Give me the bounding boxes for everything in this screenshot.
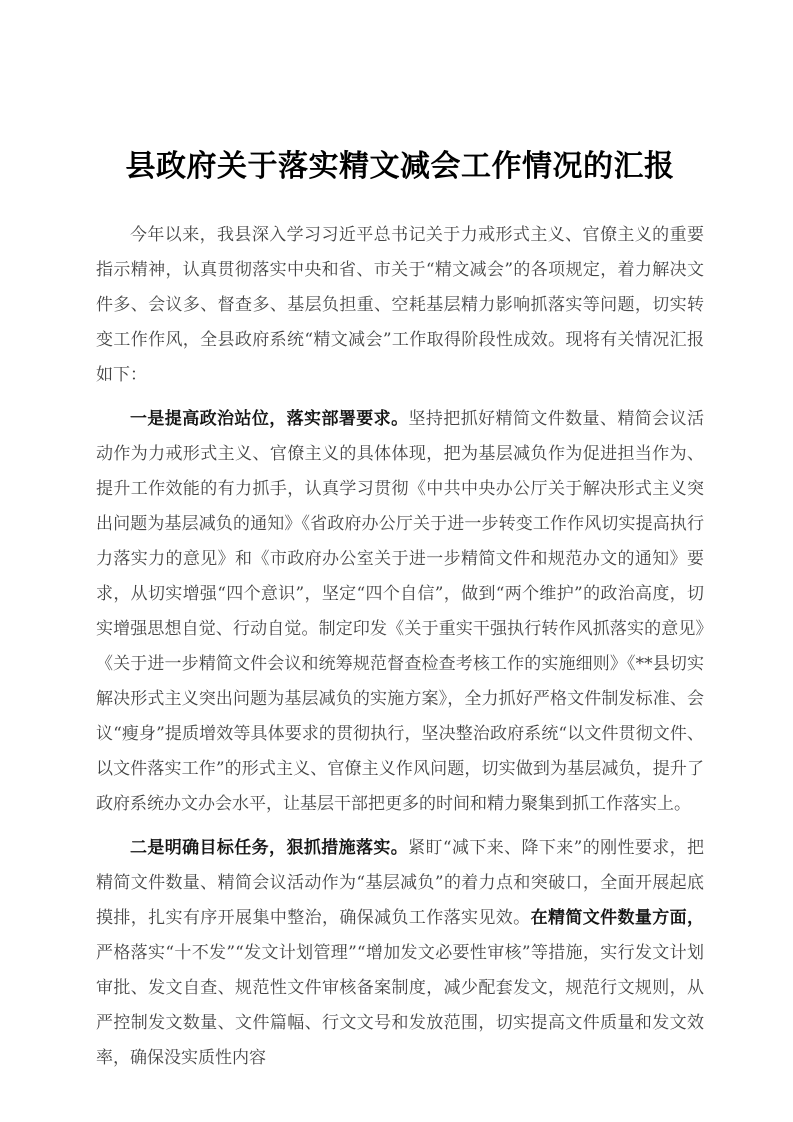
- document-body: 今年以来，我县深入学习习近平总书记关于力戒形式主义、官僚主义的重要指示精神，认真…: [96, 218, 704, 1076]
- paragraph: 一是提高政治站位，落实部署要求。坚持把抓好精简文件数量、精简会议活动作为力戒形式…: [96, 402, 704, 822]
- bold-run: 二是明确目标任务，狠抓措施落实。: [130, 838, 408, 858]
- text-run: 严格落实“十不发”“发文计划管理”“增加发文必要性审核”等措施，实行发文计划审批…: [96, 943, 704, 1068]
- paragraph: 今年以来，我县深入学习习近平总书记关于力戒形式主义、官僚主义的重要指示精神，认真…: [96, 218, 704, 393]
- bold-run: 一是提高政治站位，落实部署要求。: [130, 409, 409, 429]
- text-run: 今年以来，我县深入学习习近平总书记关于力戒形式主义、官僚主义的重要指示精神，认真…: [96, 225, 704, 385]
- paragraph: 二是明确目标任务，狠抓措施落实。紧盯“减下来、降下来”的刚性要求，把精简文件数量…: [96, 831, 704, 1076]
- document-page: 县政府关于落实精文减会工作情况的汇报 今年以来，我县深入学习习近平总书记关于力戒…: [0, 0, 793, 1122]
- bold-run: 在精简文件数量方面，: [531, 908, 704, 928]
- document-title: 县政府关于落实精文减会工作情况的汇报: [96, 147, 704, 187]
- text-run: 坚持把抓好精简文件数量、精简会议活动作为力戒形式主义、官僚主义的具体体现，把为基…: [96, 409, 704, 814]
